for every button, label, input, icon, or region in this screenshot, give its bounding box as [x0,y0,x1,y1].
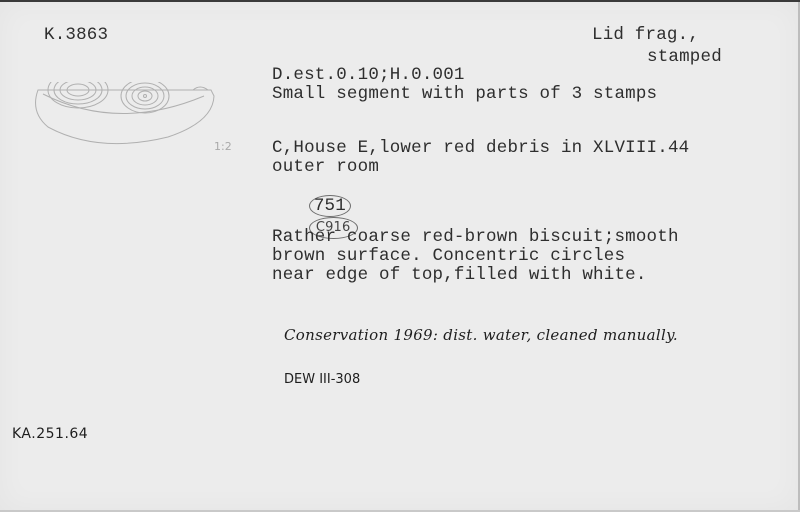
findspot-line1: C,House E,lower red debris in XLVIII.44 [272,139,689,158]
summary: Small segment with parts of 3 stamps [272,85,657,104]
description-line1: Rather coarse red-brown biscuit;smooth [272,228,679,247]
dimensions: D.est.0.10;H.0.001 [272,66,465,85]
drawing-scale: 1:2 [214,140,232,153]
ref-number-typed: 751 [309,195,351,217]
description-line3: near edge of top,filled with white. [272,266,647,285]
description-line2: brown surface. Concentric circles [272,247,625,266]
lid-fragment-sketch [28,82,228,152]
catalog-number: K.3863 [44,26,108,45]
conservation-note: Conservation 1969: dist. water, cleaned … [284,326,678,344]
object-type-line2: stamped [647,48,722,67]
findspot-line2: outer room [272,158,379,177]
object-type-line1: Lid frag., [592,26,699,45]
accession-number: KA.251.64 [12,426,88,442]
catalog-card: K.3863 Lid frag., stamped 1:2 D.est. [0,2,800,510]
publication-reference: DEW III-308 [284,372,360,387]
